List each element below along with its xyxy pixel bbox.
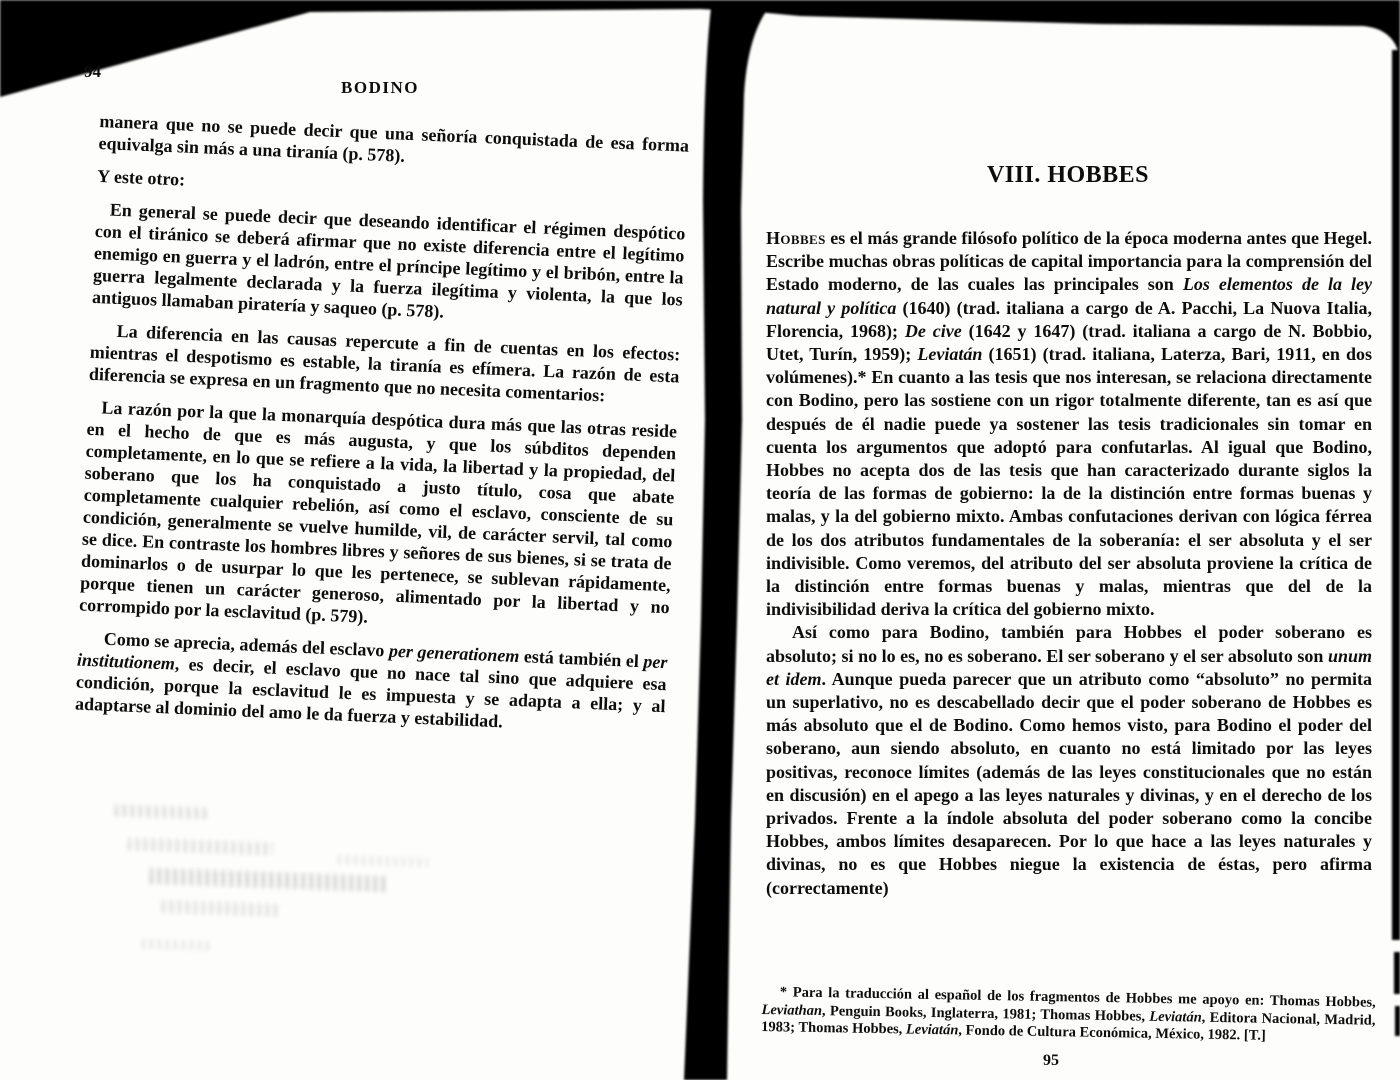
- running-header: BODINO: [300, 78, 460, 98]
- right-edge-shadow: [1392, 50, 1400, 940]
- body-paragraph: Como se aprecia, además del esclavo per …: [75, 627, 668, 740]
- text-segment: Y este otro:: [97, 166, 186, 190]
- text-segment: . Aunque pueda parecer que un atributo c…: [766, 669, 1372, 898]
- text-segment: De cive: [905, 321, 962, 341]
- text-segment: Así como para Bodino, también para Hobbe…: [766, 622, 1372, 665]
- text-segment: está también el: [519, 646, 644, 671]
- footnote: * Para la traducción al español de los f…: [761, 984, 1376, 1047]
- text-segment: La razón por la que la monarquía despóti…: [79, 397, 678, 626]
- chapter-heading: VIII. HOBBES: [765, 162, 1371, 189]
- text-segment: En general se puede decir que deseando i…: [92, 200, 686, 322]
- text-segment: La diferencia en las causas repercute a …: [89, 321, 681, 405]
- page-number-right: 95: [766, 1052, 1336, 1070]
- body-paragraph: La diferencia en las causas repercute a …: [88, 319, 680, 410]
- right-edge-fragment: [1394, 952, 1400, 994]
- body-paragraph: Así como para Bodino, también para Hobbe…: [766, 621, 1372, 899]
- gutter-shadow: [684, 0, 775, 1080]
- right-text-block: Hobbes es el más grande filósofo polític…: [766, 227, 1372, 900]
- text-segment: per generationem: [389, 641, 520, 666]
- body-paragraph: Hobbes es el más grande filósofo polític…: [766, 227, 1372, 621]
- right-edge-fragment: [1395, 1006, 1400, 1036]
- top-edge-shadow: [0, 0, 1400, 97]
- page-number-left: 94: [84, 62, 101, 82]
- text-segment: Leviathan: [761, 1002, 822, 1019]
- text-segment: Leviatán: [917, 344, 982, 364]
- text-segment: Hobbes: [766, 228, 826, 248]
- quote-paragraph: En general se puede decir que deseando i…: [92, 198, 686, 333]
- text-segment: Leviatán: [1149, 1008, 1202, 1025]
- book-scan: 94 BODINO manera que no se puede decir q…: [0, 0, 1400, 1080]
- quote-paragraph: La razón por la que la monarquía despóti…: [79, 396, 678, 641]
- text-segment: Leviatán: [906, 1022, 959, 1039]
- left-text-block: manera que no se puede decir que una señ…: [74, 110, 689, 750]
- text-segment: (1651) (trad. italiana, Laterza, Bari, 1…: [766, 344, 1372, 619]
